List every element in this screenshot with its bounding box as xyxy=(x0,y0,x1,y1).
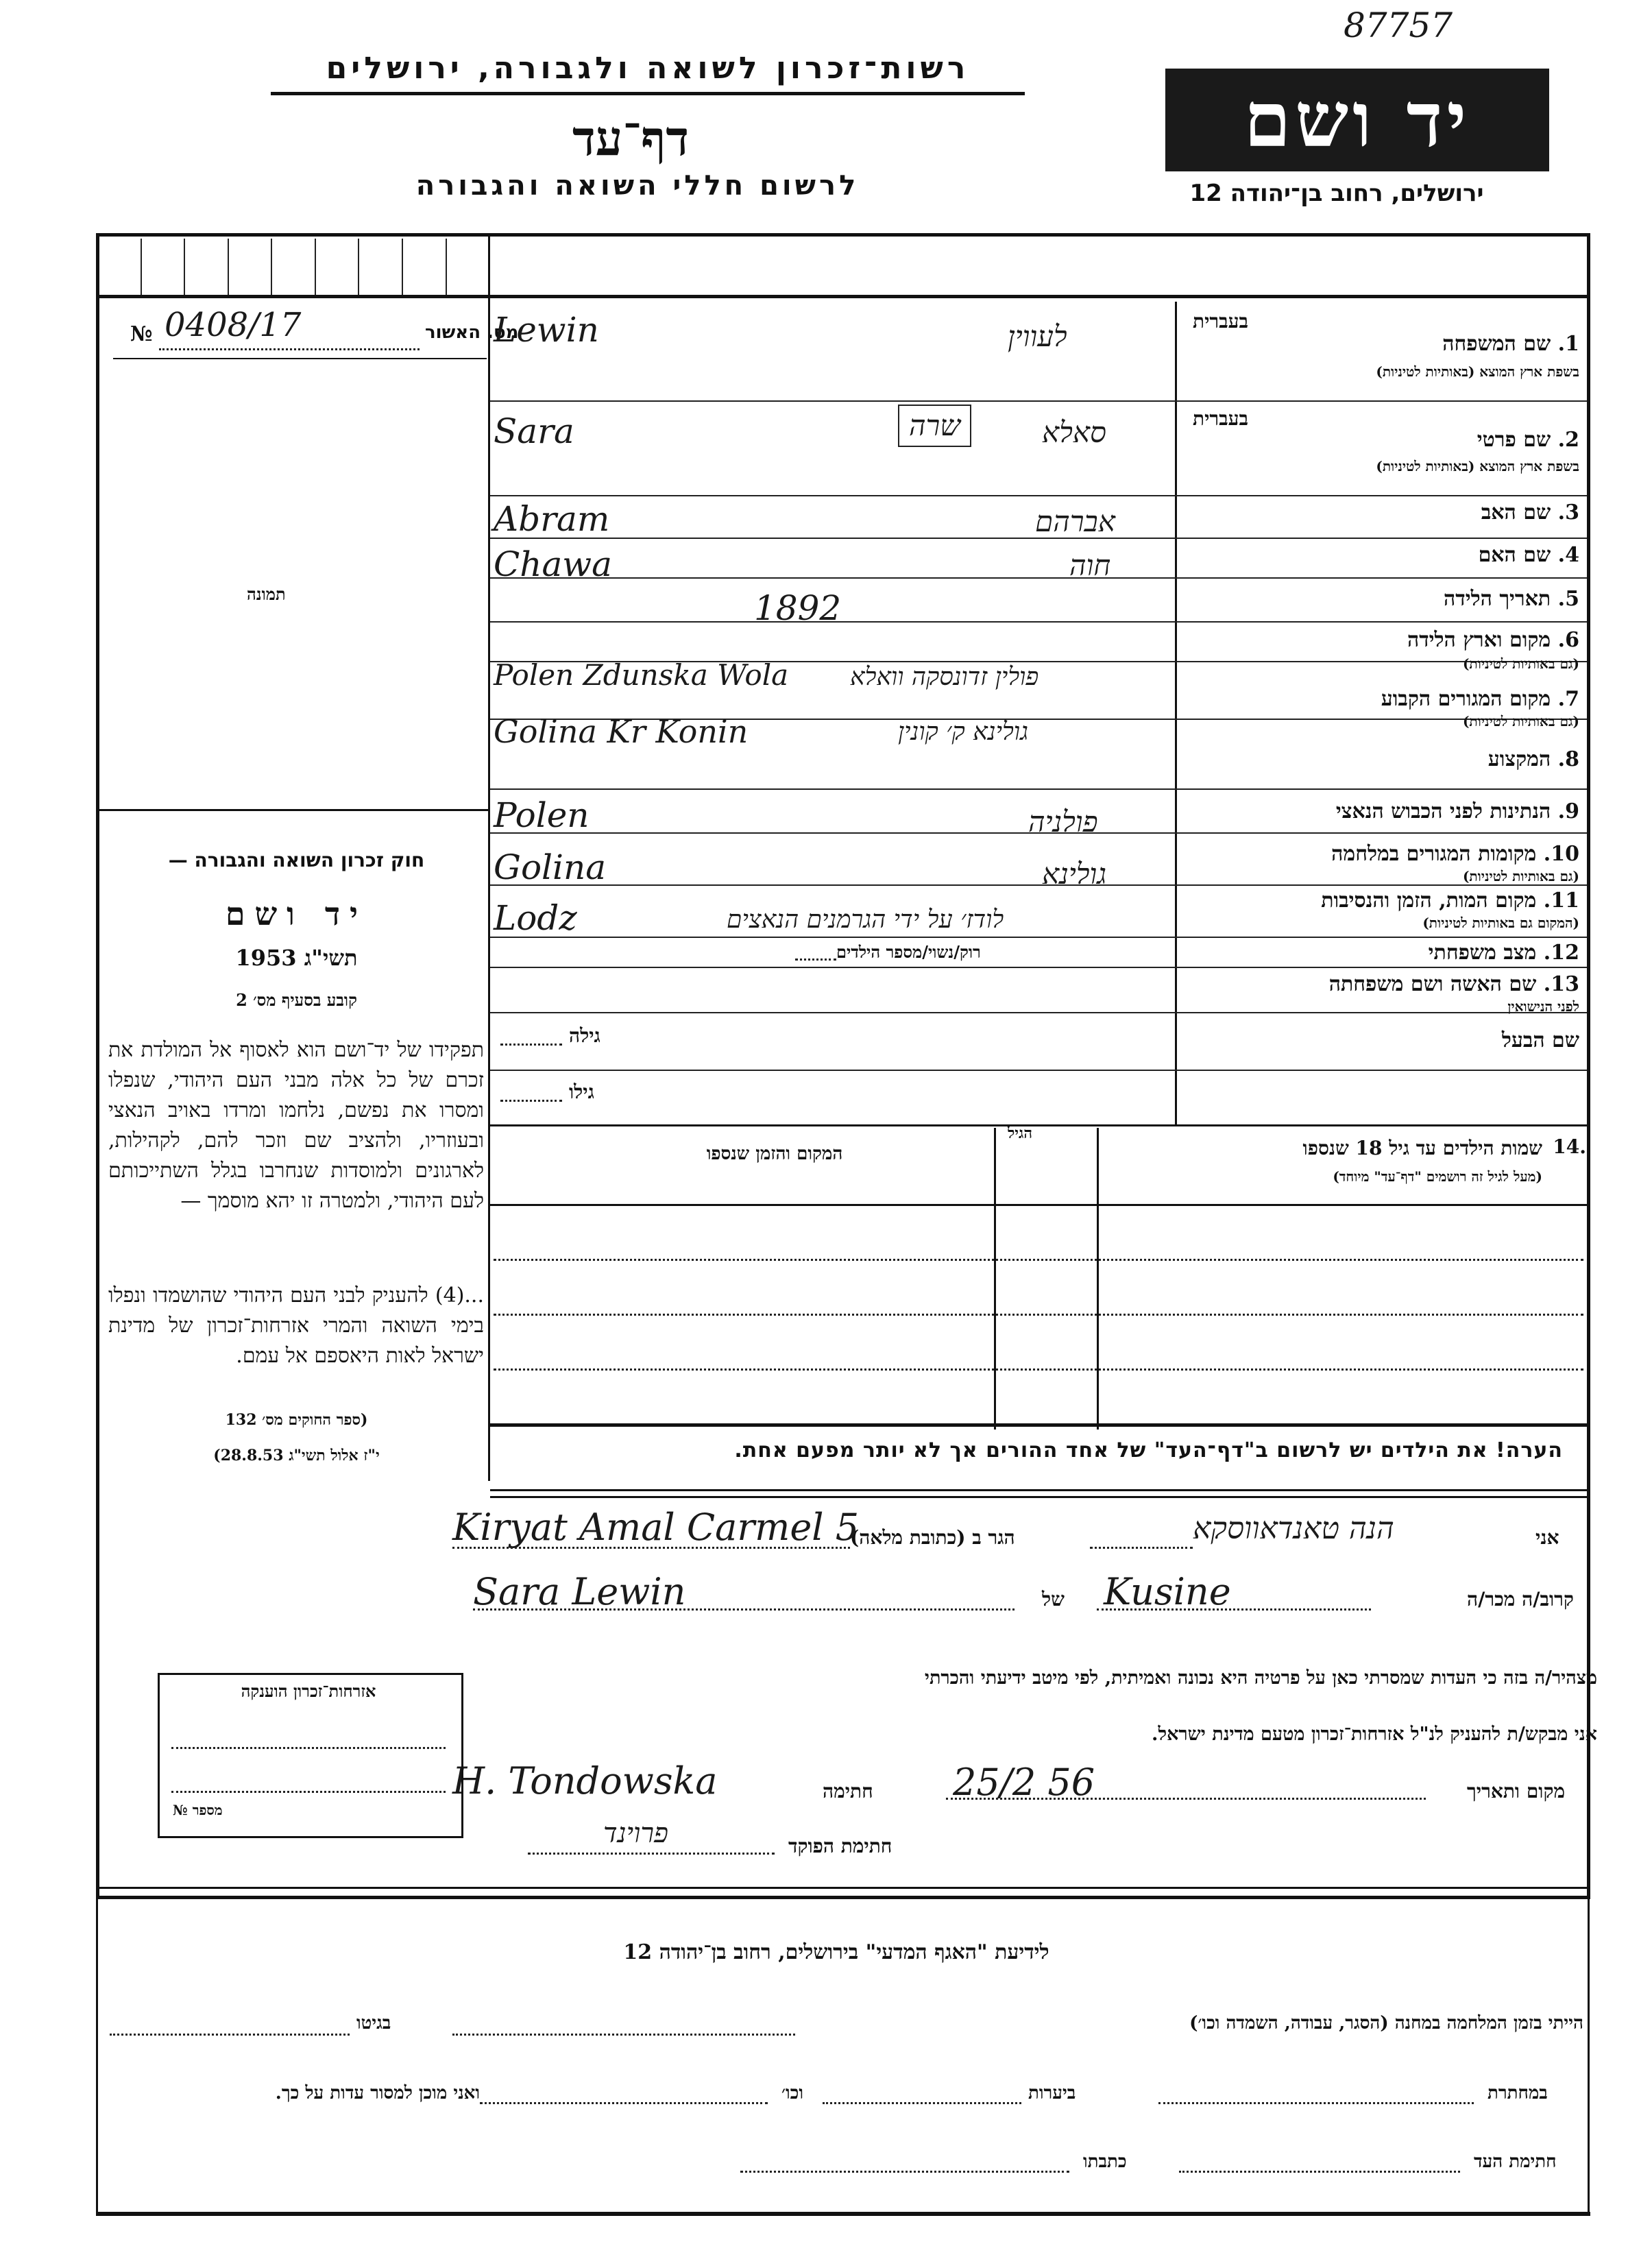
citizenship-box-field[interactable] xyxy=(171,1747,446,1749)
grid-line xyxy=(358,239,359,295)
divider xyxy=(113,358,487,359)
law-year: תשי"ג 1953 xyxy=(110,945,483,971)
field-sublabel: (גם באותיות לטיניות) xyxy=(1463,868,1579,885)
divider xyxy=(96,1887,1590,1889)
dotted-line xyxy=(946,1798,1426,1800)
dotted-line xyxy=(159,348,420,350)
children-number: 14. xyxy=(1553,1135,1586,1158)
i-label: אני xyxy=(1535,1526,1559,1549)
frame-right xyxy=(1588,1887,1590,2213)
field-label-occupation: 8. המקצוע xyxy=(1488,747,1579,771)
row-divider xyxy=(490,1012,1587,1013)
frame-left xyxy=(96,1887,98,2213)
citizenship-box-field[interactable] xyxy=(171,1791,446,1793)
wife-age-input[interactable] xyxy=(500,1044,562,1046)
declarant-name[interactable]: הנה טאנדאווסקא xyxy=(1193,1511,1394,1546)
birth-place-latin[interactable]: Polen Zdunska Wola xyxy=(494,658,788,692)
row-divider xyxy=(490,577,1587,579)
yad-vashem-logo: יד ושם xyxy=(1165,69,1549,171)
citizenship-box-title: אזרחות־זכרון הוענקה xyxy=(158,1681,459,1702)
page-subtitle: לרשום חללי השואה והגבורה xyxy=(329,170,946,202)
number-mark: № xyxy=(130,322,153,346)
resides-label: הגר ב (כתובת מלאה) xyxy=(850,1526,1015,1549)
dotted-line xyxy=(795,958,836,961)
info-underground-label: במחתרת xyxy=(1487,2083,1548,2103)
victim-name[interactable]: Sara Lewin xyxy=(473,1570,685,1613)
institution-address: ירושלים, רחוב בן־יהודה 12 xyxy=(1158,180,1515,207)
witness-signature[interactable]: H. Tondowska xyxy=(452,1759,717,1802)
nationality-hebrew[interactable]: פולניה xyxy=(1028,805,1098,839)
grid-line xyxy=(271,239,272,295)
father-name-latin[interactable]: Abram xyxy=(494,499,609,539)
law-body-paragraph: תפקידו של יד־ושם הוא לאסוף אל המולדת את … xyxy=(108,1035,484,1216)
page-title: דף־עד xyxy=(480,110,781,167)
field-sublabel: (המקום גם באותיות לטיניות) xyxy=(1422,915,1579,932)
info-section-title: לידיעת "האגף המדעי" בירושלים, רחוב בן־יה… xyxy=(494,1940,1179,1964)
info-camp-label: הייתי בזמן המלחמה במחנה (הסגר, עבודה, הש… xyxy=(973,2013,1583,2034)
divider xyxy=(490,1489,1587,1491)
field-label-birth-date: 5. תאריך הלידה xyxy=(1444,587,1579,611)
mother-name-latin[interactable]: Chawa xyxy=(494,544,612,584)
first-name-latin[interactable]: Sara xyxy=(494,411,574,451)
row-divider xyxy=(490,967,1587,968)
field-label-birth-place: 6. מקום וארץ הלידה xyxy=(1407,628,1579,652)
divider xyxy=(96,295,1590,298)
law-name: יד ושם xyxy=(110,895,483,932)
grid-line xyxy=(446,239,447,295)
field-label-father: 3. שם האב xyxy=(1481,501,1579,524)
marital-status-options: רוק/נשוי/מספר הילדים xyxy=(836,942,981,963)
children-place-header: המקום והזמן שנספו xyxy=(535,1144,1015,1164)
info-address-input[interactable] xyxy=(740,2171,1069,2173)
field-sublabel: בשפת ארץ המוצא (באותיות לטיניות) xyxy=(1376,363,1579,381)
row-divider xyxy=(490,1124,1587,1126)
law-reference: (ספר החוקים מס׳ 132 xyxy=(110,1411,483,1429)
certificate-number[interactable]: 0408/17 xyxy=(165,306,301,344)
field-label-first-name: 2. שם פרטי xyxy=(1477,428,1579,452)
children-row[interactable] xyxy=(494,1368,1583,1371)
row-divider xyxy=(490,400,1587,402)
grid-line xyxy=(315,239,316,295)
field-sublabel: (גם באותיות לטיניות) xyxy=(1463,655,1579,673)
dotted-line xyxy=(452,1547,850,1549)
family-name-latin[interactable]: Lewin xyxy=(494,310,599,350)
law-body-clause: ...(4) להעניק לבני העם היהודי שהושמדו ונ… xyxy=(108,1281,484,1371)
dotted-line xyxy=(1090,1547,1193,1549)
declaration-statement: מצהיר/ה בזה כי העדות שמסרתי כאן על פרטיה… xyxy=(528,1667,1597,1689)
row-divider xyxy=(490,937,1587,938)
field-sublabel: (גם באותיות לטיניות) xyxy=(1463,713,1579,730)
dotted-line xyxy=(473,1608,1015,1611)
dotted-line xyxy=(528,1853,775,1855)
first-name-hebrew[interactable]: סאלא xyxy=(1042,415,1106,450)
field-label-death: 11. מקום המות, הזמן והנסיבות xyxy=(1321,889,1579,913)
row-divider xyxy=(490,788,1587,790)
clerk-signature-label: חתימת הפוקד xyxy=(788,1835,892,1858)
signature-label: חתימה xyxy=(823,1780,873,1803)
clerk-signature[interactable]: פרוינד xyxy=(603,1817,668,1849)
first-name-hebrew-bracketed[interactable]: שרה xyxy=(898,405,971,447)
divider xyxy=(490,1496,1587,1498)
info-forests-label: ביערות xyxy=(1028,2083,1076,2103)
info-ghetto-label: בגיטו xyxy=(356,2013,391,2034)
info-address-label: כתבתו xyxy=(1083,2151,1127,2172)
info-etc-label: וכו׳ xyxy=(781,2083,803,2103)
wife-age-label: גילה xyxy=(569,1024,600,1048)
relation-label: קרוב/ה מכר/ה xyxy=(1467,1588,1574,1611)
info-underground-input[interactable] xyxy=(1158,2102,1474,2104)
field-label-husband-name: שם הבעל xyxy=(1502,1028,1579,1052)
note-text: הערה! את הילדים יש לרשום ב"דף־העד" של אח… xyxy=(494,1438,1563,1462)
field-sublabel: לפני הנישואין xyxy=(1507,998,1579,1015)
citizenship-number-label: מספר № xyxy=(173,1802,223,1819)
children-subheader: (מעל לגיל זה רושמים "דף־עד" מיוחד) xyxy=(1333,1168,1542,1185)
law-reference-date: י"ז אלול תשי"ג 28.8.53) xyxy=(110,1447,483,1464)
authority-name: רשות־זכרון לשואה ולגבורה, ירושלים xyxy=(267,51,1028,86)
hebrew-tag: בעברית xyxy=(1193,407,1248,431)
family-name-hebrew[interactable]: לעווין xyxy=(1008,319,1067,354)
relation-value[interactable]: Kusine xyxy=(1104,1570,1231,1613)
header-rule xyxy=(271,92,1025,95)
field-label-residence: 7. מקום המגורים הקבוע xyxy=(1381,687,1579,711)
grid-line xyxy=(228,239,229,295)
file-number: 87757 xyxy=(1344,5,1453,45)
husband-age-label: גילו xyxy=(569,1081,594,1104)
divider xyxy=(96,809,490,811)
field-sublabel: בשפת ארץ המוצא (באותיות לטיניות) xyxy=(1376,458,1579,475)
photo-placeholder-label: תמונה xyxy=(247,584,286,605)
dotted-line xyxy=(1097,1608,1371,1611)
left-column-divider xyxy=(488,233,490,1481)
row-divider xyxy=(490,884,1587,886)
hebrew-tag: בעברית xyxy=(1193,310,1248,333)
nationality-latin[interactable]: Polen xyxy=(494,795,590,835)
children-row[interactable] xyxy=(494,1259,1583,1261)
death-place-latin[interactable]: Lodz xyxy=(494,898,577,938)
column-divider xyxy=(994,1128,996,1430)
father-name-hebrew[interactable]: אברהם xyxy=(1035,505,1115,539)
info-forests-input[interactable] xyxy=(823,2102,1021,2104)
citizenship-request: אני מבקש/ת להעניק לנ"ל אזרחות־זכרון מטעם… xyxy=(816,1724,1597,1745)
death-circumstances-hebrew[interactable]: לודז׳ על ידי הגרמנים הנאצים xyxy=(727,905,1004,934)
row-divider xyxy=(490,1204,1587,1206)
grid-line xyxy=(402,239,403,295)
row-divider xyxy=(490,621,1587,623)
field-label-nationality: 9. הנתינות לפני הכבוש הנאצי xyxy=(1336,799,1579,823)
residence-hebrew[interactable]: גולינא ק׳ קונין xyxy=(898,717,1028,746)
info-ghetto-input[interactable] xyxy=(110,2034,350,2036)
husband-age-input[interactable] xyxy=(500,1100,562,1102)
field-label-wartime-residence: 10. מקומות המגורים במלחמה xyxy=(1331,842,1579,866)
column-divider xyxy=(1097,1128,1099,1430)
children-header: שמות הילדים עד גיל 18 שנספו xyxy=(1303,1137,1542,1160)
law-title: חוק זכרון השואה והגבורה — xyxy=(110,849,483,871)
grid-line xyxy=(184,239,185,295)
row-divider xyxy=(490,1423,1587,1427)
declarant-address[interactable]: Kiryat Amal Carmel 5 xyxy=(452,1506,859,1549)
field-label-mother: 4. שם האם xyxy=(1479,543,1579,567)
info-etc-input[interactable] xyxy=(480,2102,768,2104)
law-section: קובע בסעיף מס׳ 2 xyxy=(110,990,483,1011)
bottom-border xyxy=(96,2212,1590,2216)
label-column-divider xyxy=(1175,302,1177,1124)
wartime-residence-latin[interactable]: Golina xyxy=(494,847,606,887)
grid-line xyxy=(141,239,142,295)
row-divider xyxy=(490,495,1587,496)
birth-date[interactable]: 1892 xyxy=(754,588,841,628)
place-date-label: מקום ותאריך xyxy=(1467,1780,1565,1803)
field-label-marital-status: 12. מצב משפחתי xyxy=(1429,941,1579,965)
info-witness-signature-input[interactable] xyxy=(1179,2171,1460,2173)
row-divider xyxy=(490,1070,1587,1071)
children-row[interactable] xyxy=(494,1314,1583,1316)
info-testify-label: ואני מוכן למסור עדות על כך. xyxy=(110,2083,480,2103)
residence-latin[interactable]: Golina Kr Konin xyxy=(494,713,748,750)
mother-name-hebrew[interactable]: חוה xyxy=(1069,548,1110,583)
wartime-residence-hebrew[interactable]: גולינא xyxy=(1042,857,1106,891)
info-witness-signature-label: חתימת העד xyxy=(1474,2151,1557,2172)
of-label: של xyxy=(1042,1588,1065,1611)
birth-place-hebrew[interactable]: פולין זדונסקה וואלא xyxy=(850,662,1038,691)
children-age-header: הגיל xyxy=(1008,1124,1032,1142)
field-label-family-name: 1. שם המשפחה xyxy=(1442,332,1579,356)
field-label-wife-name: 13. שם האשה ושם משפחתה xyxy=(1329,972,1579,996)
info-camp-input[interactable] xyxy=(452,2034,795,2036)
